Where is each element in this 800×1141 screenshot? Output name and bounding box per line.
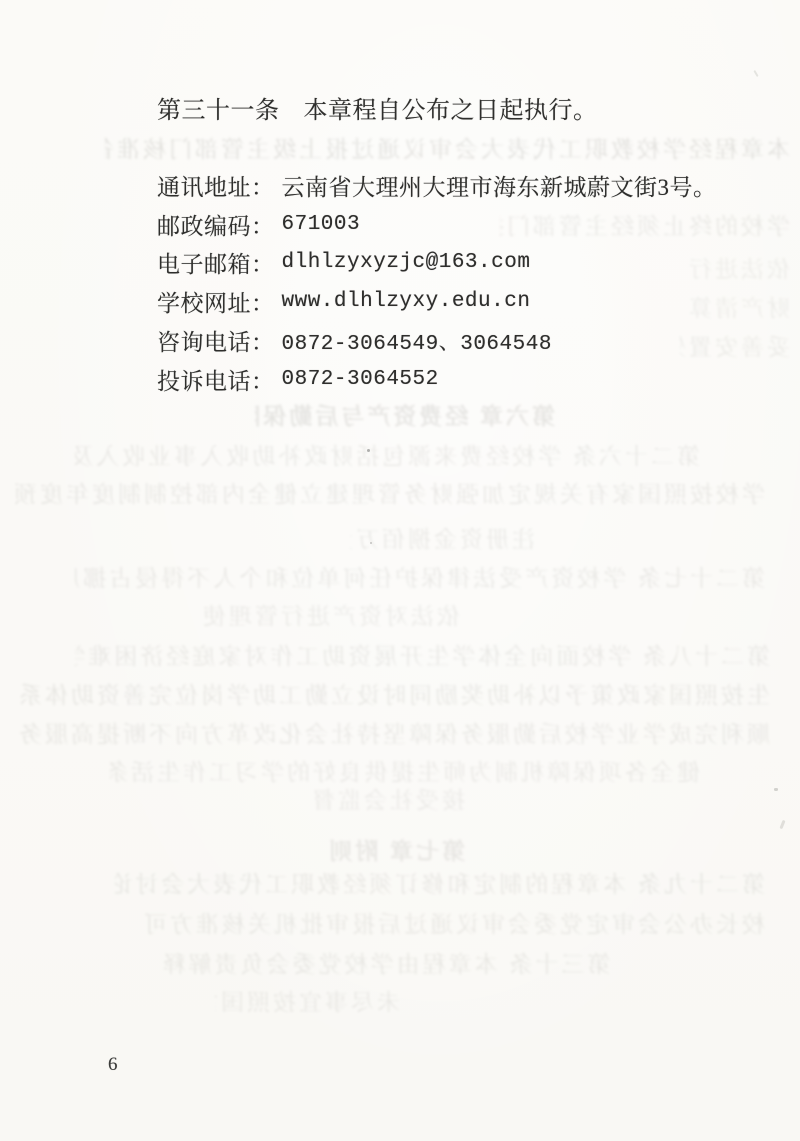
inquiry-phone-value: 0872-3064549、3064548 [282,326,552,356]
article-number: 第三十一条 [157,98,280,124]
article-text: 本章程自公布之日起执行。 [304,98,598,124]
email-label: 电子邮箱： [157,246,275,279]
contact-row-inquiry-phone: 咨询电话：0872-3064549、3064548 [157,321,757,360]
address-value: 云南省大理州大理市海东新城蔚文街3号。 [282,169,717,202]
postcode-value: 671003 [282,213,361,236]
address-label: 通讯地址： [157,169,275,202]
contact-row-email: 电子邮箱：dlhlzyxyzjc@163.com [157,244,757,283]
page-content: 第三十一条本章程自公布之日起执行。 通讯地址：云南省大理州大理市海东新城蔚文街3… [0,0,800,1141]
contact-info-block: 通讯地址：云南省大理州大理市海东新城蔚文街3号。 邮政编码：671003 电子邮… [157,166,757,399]
complaint-phone-label: 投诉电话： [157,363,275,396]
contact-row-complaint-phone: 投诉电话：0872-3064552 [157,360,757,399]
contact-row-website: 学校网址：www.dlhlzyxy.edu.cn [157,282,757,321]
website-label: 学校网址： [157,285,275,318]
email-value: dlhlzyxyzjc@163.com [282,251,531,274]
complaint-phone-value: 0872-3064552 [282,368,439,391]
page-number: 6 [108,1054,118,1076]
contact-row-address: 通讯地址：云南省大理州大理市海东新城蔚文街3号。 [157,166,757,205]
contact-row-postcode: 邮政编码：671003 [157,205,757,244]
inquiry-phone-label: 咨询电话： [157,324,275,357]
article-31-line: 第三十一条本章程自公布之日起执行。 [157,90,598,125]
postcode-label: 邮政编码： [157,208,275,241]
website-value: www.dlhlzyxy.edu.cn [282,290,531,313]
scanned-page: 本章程经学校教职工代表大会审议通过报上级主管部门核准备案学校的终止须经主管部门批… [0,0,800,1141]
